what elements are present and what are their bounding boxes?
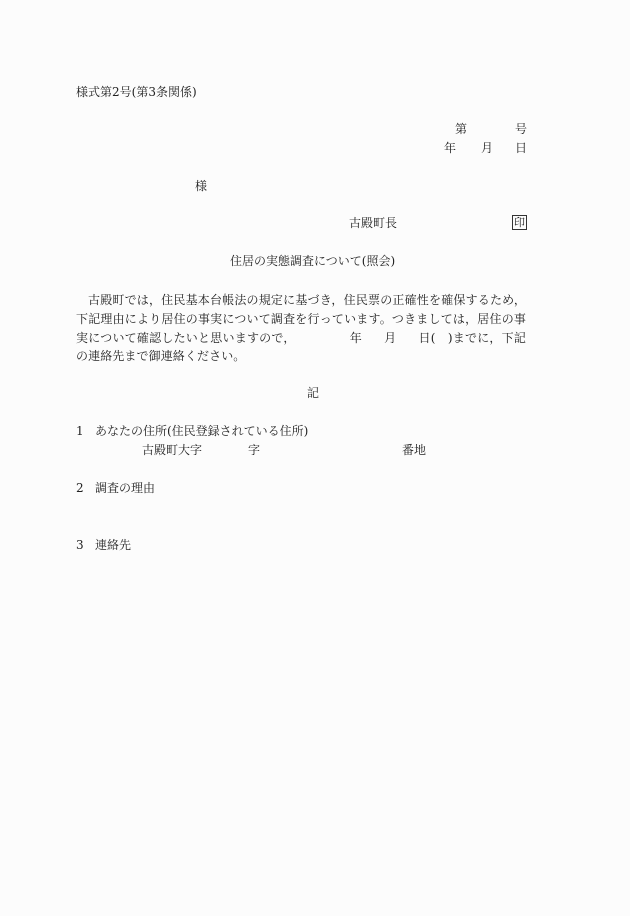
document-title: 住居の実態調査について(照会) bbox=[230, 255, 395, 267]
item-2-label: 調査の理由 bbox=[95, 482, 155, 494]
ki-heading: 記 bbox=[307, 387, 319, 399]
body-year: 年 bbox=[350, 331, 362, 345]
item-1-label: あなたの住所(住民登録されている住所) bbox=[95, 425, 308, 437]
seal-icon: 印 bbox=[512, 215, 527, 230]
item-1-number: 1 bbox=[76, 425, 84, 437]
reference-go: 号 bbox=[515, 123, 527, 135]
seal-mark: 印 bbox=[512, 215, 527, 230]
address-banchi: 番地 bbox=[402, 444, 426, 456]
body-day: 日( ) bbox=[418, 331, 452, 345]
sender-name: 古殿町長 bbox=[349, 217, 397, 229]
body-paragraph: 古殿町では，住民基本台帳法の規定に基づき，住民票の正確性を確保するため，下記理由… bbox=[76, 291, 526, 366]
addressee-suffix: 様 bbox=[195, 180, 207, 192]
date-year: 年 bbox=[444, 142, 456, 154]
address-town: 古殿町大字 bbox=[142, 444, 202, 456]
form-number: 様式第2号(第3条関係) bbox=[76, 86, 197, 98]
item-3-number: 3 bbox=[76, 539, 84, 551]
item-3-label: 連絡先 bbox=[95, 539, 131, 551]
date-month: 月 bbox=[481, 142, 493, 154]
reference-dai: 第 bbox=[455, 123, 467, 135]
date-day: 日 bbox=[515, 142, 527, 154]
address-aza: 字 bbox=[248, 444, 260, 456]
item-2-number: 2 bbox=[76, 482, 84, 494]
body-month: 月 bbox=[384, 331, 396, 345]
